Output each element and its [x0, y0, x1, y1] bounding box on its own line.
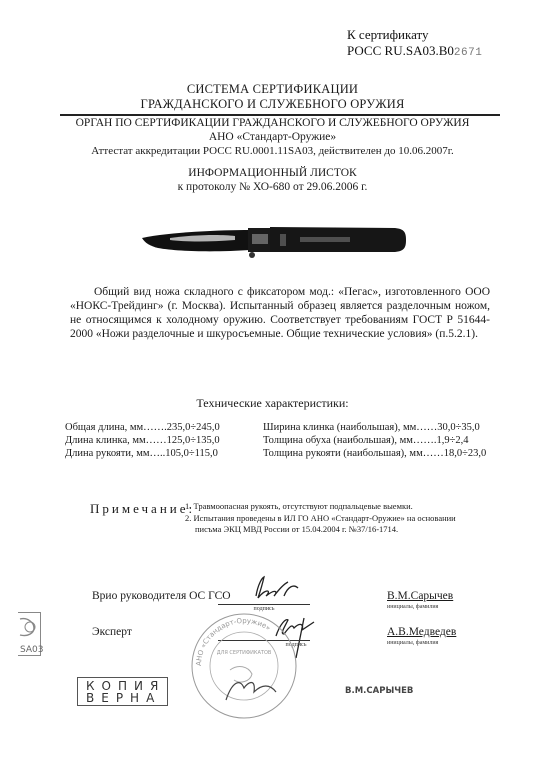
signer-role-expert: Эксперт [92, 626, 132, 638]
name-caption: инициалы, фамилия [387, 640, 438, 646]
signer-name-head: В.М.Сарычев [387, 590, 453, 602]
copy-stamp-line2: ВЕРНА [86, 692, 167, 704]
certificate-reference: К сертификату РОСС RU.SA03.В02671 [347, 27, 482, 61]
spec-item: Толщина рукояти (наибольшая), мм……18,0÷2… [263, 447, 486, 460]
certification-body: ОРГАН ПО СЕРТИФИКАЦИИ ГРАЖДАНСКОГО И СЛУ… [0, 117, 545, 129]
specs-left-column: Общая длина, мм…….235,0÷245,0 Длина клин… [65, 421, 220, 460]
seal-ring-text: АНО «Стандарт-Оружие» [195, 617, 272, 666]
name-caption: инициалы, фамилия [387, 604, 438, 610]
reference-line1: К сертификату [347, 27, 482, 43]
typed-name-stamp: В.М.САРЫЧЕВ [345, 686, 413, 696]
organization-seal-icon: АНО «Стандарт-Оружие» ДЛЯ СЕРТИФИКАТОВ [190, 612, 298, 720]
product-description: Общий вид ножа складного с фиксатором мо… [70, 285, 490, 341]
signer-name-expert: А.В.Медведев [387, 626, 456, 638]
spec-item: Длина клинка, мм……125,0÷135,0 [65, 434, 220, 447]
seal-inner-text: ДЛЯ СЕРТИФИКАТОВ [217, 650, 272, 656]
typed-number: 2671 [454, 47, 482, 59]
signer-role-head: Врио руководителя ОС ГСО [92, 590, 231, 602]
svg-text:АНО «Стандарт-Оружие»: АНО «Стандарт-Оружие» [195, 617, 272, 666]
notes-label: Примечание: [90, 501, 195, 517]
rst-logo-icon [18, 613, 40, 643]
spec-item: Длина рукояти, мм…..105,0÷115,0 [65, 447, 220, 460]
gost-code-label: SA03 [20, 645, 44, 655]
folding-knife-photo-icon [140, 218, 410, 263]
spec-item: Толщина обуха (наибольшая), мм…….1,9÷2,4 [263, 434, 486, 447]
spec-item: Ширина клинка (наибольшая), мм……30,0÷35,… [263, 421, 486, 434]
system-title-line2: ГРАЖДАНСКОГО И СЛУЖЕБНОГО ОРУЖИЯ [0, 97, 545, 112]
signature-line-head [218, 604, 310, 605]
info-sheet-subtitle: к протоколу № ХО-680 от 29.06.2006 г. [0, 181, 545, 193]
header-divider [60, 114, 500, 116]
accreditation-line: Аттестат аккредитации РОСС RU.0001.11SA0… [0, 145, 545, 157]
signature-head-icon [248, 574, 308, 604]
notes-list: 1. Травмоопасная рукоять, отсутствуют по… [185, 501, 456, 536]
note-item: писъма ЭКЦ МВД России от 15.04.2004 г. №… [185, 524, 456, 536]
copy-certified-stamp: КОПИЯ ВЕРНА [77, 677, 168, 706]
specs-title: Технические характеристики: [0, 396, 545, 411]
system-title-line1: СИСТЕМА СЕРТИФИКАЦИИ [0, 82, 545, 97]
note-item: 1. Травмоопасная рукоять, отсутствуют по… [185, 501, 456, 513]
info-sheet-title: ИНФОРМАЦИОННЫЙ ЛИСТОК [0, 167, 545, 179]
specs-right-column: Ширина клинка (наибольшая), мм……30,0÷35,… [263, 421, 486, 460]
reference-line2: РОСС RU.SA03.В02671 [347, 43, 482, 61]
organization-name: АНО «Стандарт-Оружие» [0, 131, 545, 143]
spec-item: Общая длина, мм…….235,0÷245,0 [65, 421, 220, 434]
note-item: 2. Испытания проведены в ИЛ ГО АНО «Стан… [185, 513, 456, 525]
description-text: Общий вид ножа складного с фиксатором мо… [70, 285, 490, 341]
